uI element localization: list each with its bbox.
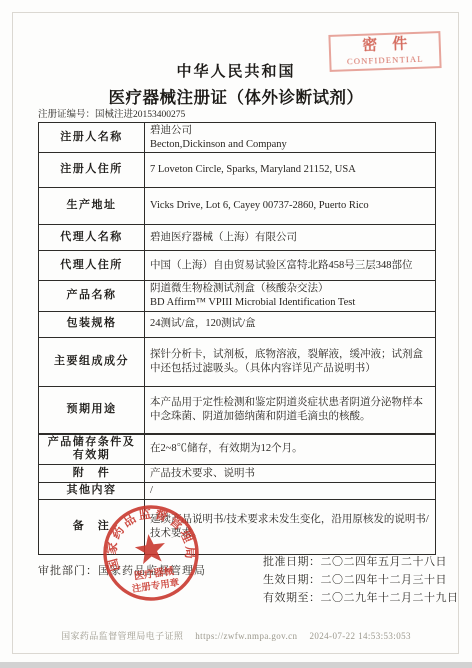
table-row-agent-address: 代理人住所 中国（上海）自由贸易试验区富特北路458号三层348部位 xyxy=(39,250,435,280)
row-label: 注册人名称 xyxy=(39,123,145,152)
title-country: 中华人民共和国 xyxy=(0,60,472,81)
row-label: 代理人名称 xyxy=(39,225,145,250)
table-row-registrant-address: 注册人住所 7 Loveton Circle, Sparks, Maryland… xyxy=(39,152,435,187)
table-row-production-address: 生产地址 Vicks Drive, Lot 6, Cayey 00737-286… xyxy=(39,187,435,224)
row-label: 备 注 xyxy=(39,500,145,554)
row-value: 24测试/盒，120测试/盒 xyxy=(145,312,435,337)
row-value: Vicks Drive, Lot 6, Cayey 00737-2860, Pu… xyxy=(145,188,435,224)
row-value: 延续产品说明书/技术要求未发生变化，沿用原核发的说明书/技术要求。 xyxy=(145,500,435,554)
table-row-product-name: 产品名称 阴道微生物检测试剂盒（核酸杂交法） BD Affirm™ VPIII … xyxy=(39,280,435,310)
row-value: 在2~8℃储存，有效期为12个月。 xyxy=(145,435,435,465)
approval-date-line: 批准日期：二〇二四年五月二十八日 xyxy=(263,553,459,571)
table-row-other-content: 其他内容 / xyxy=(39,482,435,499)
approval-department-line: 审批部门：国家药品监督管理局 xyxy=(38,562,206,578)
approval-date-value: 二〇二四年五月二十八日 xyxy=(321,556,448,568)
footer-line: 国家药品监督管理局电子证照https://zwfw.nmpa.gov.cn202… xyxy=(0,629,472,642)
approval-date-label: 批准日期： xyxy=(263,556,321,568)
row-value: 碧迪医疗器械（上海）有限公司 xyxy=(145,225,435,250)
row-value: / xyxy=(145,483,435,499)
row-value: 中国（上海）自由贸易试验区富特北路458号三层348部位 xyxy=(145,251,435,280)
effective-date-label: 生效日期： xyxy=(263,574,321,586)
approval-department-label: 审批部门： xyxy=(38,565,98,577)
row-label: 预期用途 xyxy=(39,387,145,433)
registration-number-line: 注册证编号：国械注进20153400275 xyxy=(38,106,185,120)
approval-dates: 批准日期：二〇二四年五月二十八日 生效日期：二〇二四年十二月三十日 有效期至：二… xyxy=(263,553,459,607)
table-row-registrant-name: 注册人名称 碧迪公司 Becton,Dickinson and Company xyxy=(39,123,435,152)
expiry-date-label: 有效期至： xyxy=(263,592,321,604)
effective-date-line: 生效日期：二〇二四年十二月三十日 xyxy=(263,571,459,589)
approval-department-value: 国家药品监督管理局 xyxy=(98,565,206,577)
table-row-main-components: 主要组成成分 探针分析卡，试剂板，底物溶液，裂解液，缓冲液；试剂盒中还包括过滤吸… xyxy=(39,337,435,386)
row-label: 其他内容 xyxy=(39,483,145,499)
row-value: 7 Loveton Circle, Sparks, Maryland 21152… xyxy=(145,153,435,187)
certificate-page: 密 件 CONFIDENTIAL 中华人民共和国 医疗器械注册证（体外诊断试剂）… xyxy=(0,0,472,668)
row-value: 碧迪公司 Becton,Dickinson and Company xyxy=(145,123,435,152)
row-value: 产品技术要求、说明书 xyxy=(145,465,435,482)
expiry-date-value: 二〇二九年十二月二十九日 xyxy=(321,592,459,604)
row-label: 注册人住所 xyxy=(39,153,145,187)
row-label: 生产地址 xyxy=(39,188,145,224)
row-label: 产品储存条件及有效期 xyxy=(39,435,145,465)
footer-url: https://zwfw.nmpa.gov.cn xyxy=(195,631,297,641)
seal-line2: 注册专用章 xyxy=(131,576,180,595)
registration-number-label: 注册证编号： xyxy=(38,110,95,120)
registration-number-value: 国械注进20153400275 xyxy=(95,110,185,120)
title-certificate-type: 医疗器械注册证（体外诊断试剂） xyxy=(0,84,472,108)
table-row-storage-conditions: 产品储存条件及有效期 在2~8℃储存，有效期为12个月。 xyxy=(39,433,435,465)
scan-edge-strip xyxy=(0,662,472,668)
table-row-remarks: 备 注 延续产品说明书/技术要求未发生变化，沿用原核发的说明书/技术要求。 xyxy=(39,499,435,554)
row-label: 附 件 xyxy=(39,465,145,482)
row-value: 本产品用于定性检测和鉴定阴道炎症状患者阴道分泌物样本中念珠菌、阴道加德纳菌和阴道… xyxy=(145,387,435,433)
row-value: 探针分析卡，试剂板，底物溶液，裂解液，缓冲液；试剂盒中还包括过滤吸头。（具体内容… xyxy=(145,338,435,386)
footer-timestamp: 2024-07-22 14:53:53:053 xyxy=(309,631,410,641)
table-row-packaging-spec: 包装规格 24测试/盒，120测试/盒 xyxy=(39,311,435,337)
table-row-attachments: 附 件 产品技术要求、说明书 xyxy=(39,464,435,482)
expiry-date-line: 有效期至：二〇二九年十二月二十九日 xyxy=(263,589,459,607)
row-label: 主要组成成分 xyxy=(39,338,145,386)
row-value: 阴道微生物检测试剂盒（核酸杂交法） BD Affirm™ VPIII Micro… xyxy=(145,281,435,310)
footer-issuer: 国家药品监督管理局电子证照 xyxy=(61,631,183,641)
certificate-title: 中华人民共和国 医疗器械注册证（体外诊断试剂） xyxy=(0,60,472,108)
row-label: 包装规格 xyxy=(39,312,145,337)
row-label: 代理人住所 xyxy=(39,251,145,280)
table-row-agent-name: 代理人名称 碧迪医疗器械（上海）有限公司 xyxy=(39,224,435,250)
row-label: 产品名称 xyxy=(39,281,145,310)
certificate-table: 注册人名称 碧迪公司 Becton,Dickinson and Company … xyxy=(38,122,436,555)
effective-date-value: 二〇二四年十二月三十日 xyxy=(321,574,448,586)
table-row-intended-use: 预期用途 本产品用于定性检测和鉴定阴道炎症状患者阴道分泌物样本中念珠菌、阴道加德… xyxy=(39,386,435,433)
